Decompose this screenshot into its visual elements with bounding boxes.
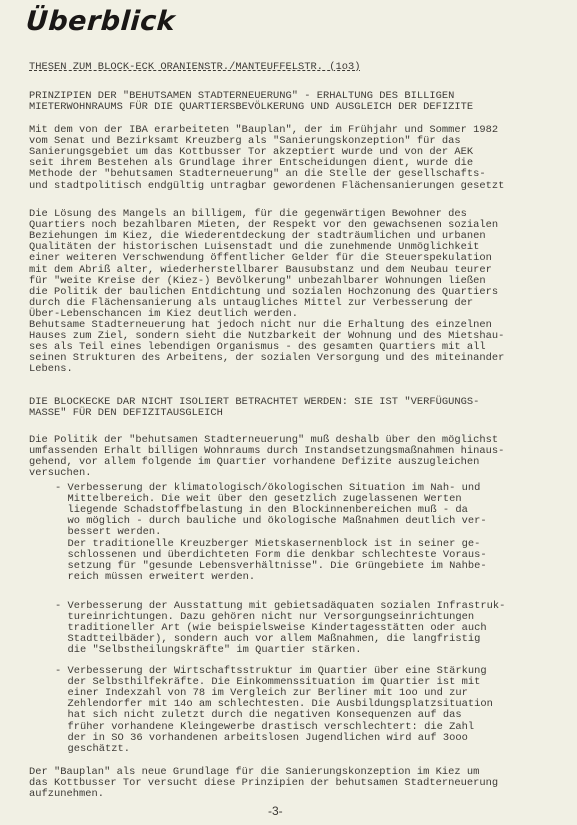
text-line: Der traditionelle Kreuzberger Mietskaser… (55, 539, 480, 550)
text-line: MASSE" FÜR DEN DEFIZITAUSGLEICH (29, 408, 223, 419)
text-line: Methode der "behutsamen Stadterneuerung"… (29, 169, 486, 180)
text-line: gehend, vor allem folgende im Quartier v… (29, 457, 479, 468)
page-number: -3- (268, 804, 283, 818)
text-line: MIETERWOHNRAUMS FÜR DIE QUARTIERSBEVÖLKE… (29, 102, 473, 113)
text-line: früher vorhandene Kleingewerbe drastisch… (55, 722, 474, 733)
text-line: aufzunehmen. (29, 789, 104, 800)
text-line: geschätzt. (55, 744, 130, 755)
text-line: reich müssen erweitert werden. (55, 572, 255, 583)
text-line: bessert werden. (55, 527, 161, 538)
magazine-logo: Überblick (25, 6, 176, 37)
text-line: versuchen. (29, 468, 92, 479)
text-line: schlossenen und überdichteten Form die d… (55, 550, 487, 561)
text-line: hat sich nicht zuletzt durch die negativ… (55, 710, 462, 721)
text-line: einer weiteren Verschwendung öffentliche… (29, 253, 492, 264)
text-line: der in SO 36 vorhandenen arbeitslosen Ju… (55, 733, 468, 744)
text-line: seinen Strukturen des Arbeitens, der soz… (29, 353, 504, 364)
document-subtitle: THESEN ZUM BLOCK-ECK ORANIENSTR./MANTEUF… (29, 62, 361, 73)
text-line: und stadtpolitisch endgültig untragbar g… (29, 181, 504, 192)
text-line: die "Selbstheilungskräfte" im Quartier s… (55, 645, 362, 656)
text-line: Lebens. (29, 364, 73, 375)
text-line: mit dem Abriß alter, wiederherstellbarer… (29, 265, 492, 276)
document-page: Überblick THESEN ZUM BLOCK-ECK ORANIENST… (0, 0, 577, 825)
text-line: für "weite Kreise der (Kiez-) Bevölkerun… (29, 276, 486, 287)
